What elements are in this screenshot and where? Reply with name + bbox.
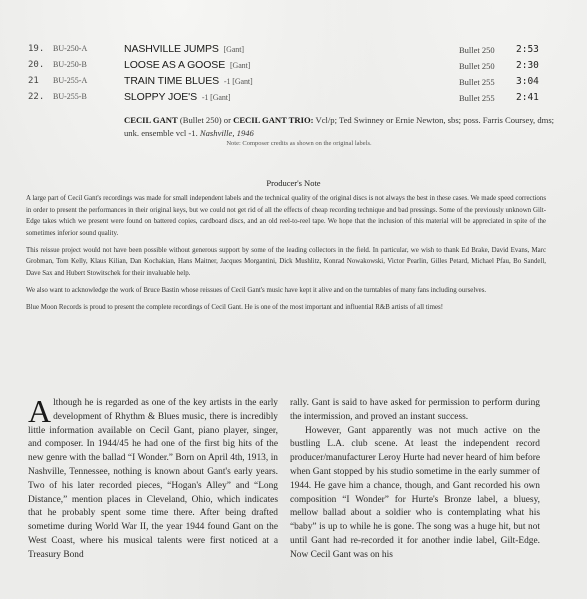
paragraph: We also want to acknowledge the work of …	[26, 285, 546, 297]
personnel-credits: CECIL GANT (Bullet 250) or CECIL GANT TR…	[124, 114, 564, 139]
track-number: 21	[28, 73, 52, 89]
track-row: 20. BU-250-B LOOSE AS A GOOSE [Gant] Bul…	[28, 57, 558, 73]
track-row: 21 BU-255-A TRAIN TIME BLUES -1 [Gant] B…	[28, 73, 558, 89]
track-row: 19. BU-250-A NASHVILLE JUMPS [Gant] Bull…	[28, 41, 558, 57]
session-place-date: Nashville, 1946	[200, 128, 254, 138]
paragraph: However, Gant apparently was not much ac…	[290, 425, 540, 563]
paragraph: This reissue project would not have been…	[26, 245, 546, 280]
track-number: 20.	[28, 57, 52, 73]
record-label: Bullet 255	[459, 90, 495, 106]
composer-credit: -1 [Gant]	[202, 93, 231, 102]
composer-credit: [Gant]	[224, 45, 244, 54]
track-title: NASHVILLE JUMPS [Gant]	[124, 41, 244, 58]
composer-note: Note: Composer credits as shown on the o…	[124, 140, 474, 147]
track-title: LOOSE AS A GOOSE [Gant]	[124, 57, 250, 74]
paragraph: Although he is regarded as one of the ke…	[28, 397, 278, 563]
composer-credit: [Gant]	[230, 61, 250, 70]
paragraph: Blue Moon Records is proud to present th…	[26, 302, 546, 314]
track-title: TRAIN TIME BLUES -1 [Gant]	[124, 73, 253, 90]
matrix-number: BU-250-B	[53, 57, 87, 73]
producer-note-heading: Producer's Note	[0, 178, 587, 188]
track-duration: 3:04	[516, 74, 539, 90]
composer-credit: -1 [Gant]	[224, 77, 253, 86]
track-row: 22. BU-255-B SLOPPY JOE'S -1 [Gant] Bull…	[28, 89, 558, 105]
track-number: 19.	[28, 41, 52, 57]
track-title: SLOPPY JOE'S -1 [Gant]	[124, 89, 230, 106]
record-label: Bullet 250	[459, 42, 495, 58]
track-duration: 2:30	[516, 58, 539, 74]
paragraph: rally. Gant is said to have asked for pe…	[290, 397, 540, 425]
artist-name: CECIL GANT	[124, 115, 178, 125]
track-number: 22.	[28, 89, 52, 105]
matrix-number: BU-255-A	[53, 73, 87, 89]
track-duration: 2:41	[516, 90, 539, 106]
record-label: Bullet 250	[459, 58, 495, 74]
producer-note-body: A large part of Cecil Gant's recordings …	[26, 193, 546, 319]
drop-cap: A	[28, 398, 51, 424]
track-duration: 2:53	[516, 42, 539, 58]
matrix-number: BU-250-A	[53, 41, 87, 57]
track-listing: 19. BU-250-A NASHVILLE JUMPS [Gant] Bull…	[28, 41, 558, 105]
artist-name: CECIL GANT TRIO:	[233, 115, 313, 125]
article-right-column: rally. Gant is said to have asked for pe…	[290, 397, 540, 563]
article-left-column: Although he is regarded as one of the ke…	[28, 397, 278, 563]
matrix-number: BU-255-B	[53, 89, 87, 105]
paragraph: A large part of Cecil Gant's recordings …	[26, 193, 546, 239]
record-label: Bullet 255	[459, 74, 495, 90]
